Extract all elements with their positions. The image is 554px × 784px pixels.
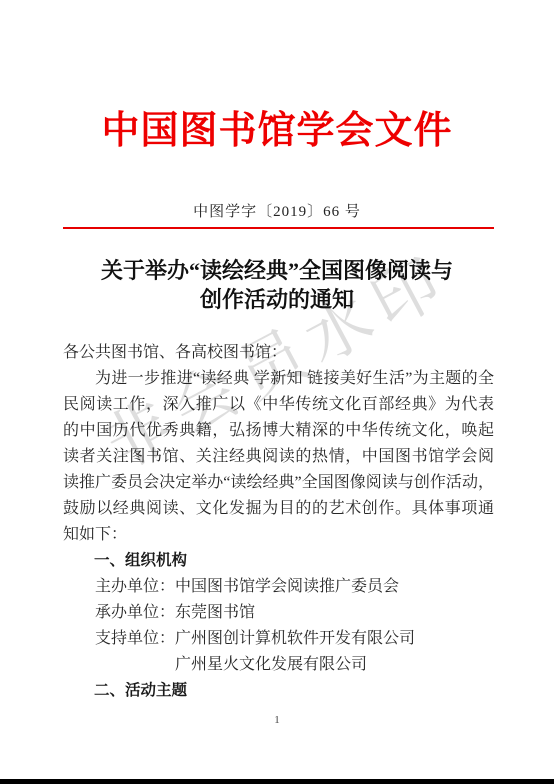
salutation-line: 各公共图书馆、各高校图书馆： — [63, 340, 494, 366]
red-header-org-title: 中国图书馆学会文件 — [0, 108, 554, 156]
organizer-host-label: 主办单位： — [95, 574, 175, 600]
organizer-supporter-value-2: 广州星火文化发展有限公司 — [175, 652, 494, 678]
organizer-row-undertaker: 承办单位： 东莞图书馆 — [95, 600, 494, 626]
notice-title: 关于举办“读绘经典”全国图像阅读与 创作活动的通知 — [40, 256, 514, 314]
page-number: 1 — [0, 714, 554, 726]
intro-paragraph: 为进一步推进“读经典 学新知 链接美好生活”为主题的全民阅读工作，深入推广以《中… — [63, 366, 494, 548]
organizer-row-host: 主办单位： 中国图书馆学会阅读推广委员会 — [95, 574, 494, 600]
notice-title-line-1: 关于举办“读绘经典”全国图像阅读与 — [40, 256, 514, 285]
page-bottom-edge — [0, 779, 554, 784]
organizer-supporter-value-1: 广州图创计算机软件开发有限公司 — [175, 626, 494, 652]
document-page: 非会员水印 中国图书馆学会文件 中图学字〔2019〕66 号 关于举办“读绘经典… — [0, 0, 554, 784]
organizer-row-supporter: 支持单位： 广州图创计算机软件开发有限公司 广州星火文化发展有限公司 — [95, 626, 494, 678]
organizer-supporter-label: 支持单位： — [95, 626, 175, 678]
organizer-undertaker-value: 东莞图书馆 — [175, 600, 494, 626]
organizer-host-value: 中国图书馆学会阅读推广委员会 — [175, 574, 494, 600]
organizer-supporter-values: 广州图创计算机软件开发有限公司 广州星火文化发展有限公司 — [175, 626, 494, 678]
organizer-undertaker-label: 承办单位： — [95, 600, 175, 626]
section-2-heading: 二、活动主题 — [94, 678, 494, 704]
document-body: 各公共图书馆、各高校图书馆： 为进一步推进“读经典 学新知 链接美好生活”为主题… — [63, 340, 494, 704]
document-reference-number: 中图学字〔2019〕66 号 — [0, 200, 554, 221]
red-divider-line — [63, 227, 494, 229]
notice-title-line-2: 创作活动的通知 — [40, 285, 514, 314]
section-1-heading: 一、组织机构 — [94, 548, 494, 574]
